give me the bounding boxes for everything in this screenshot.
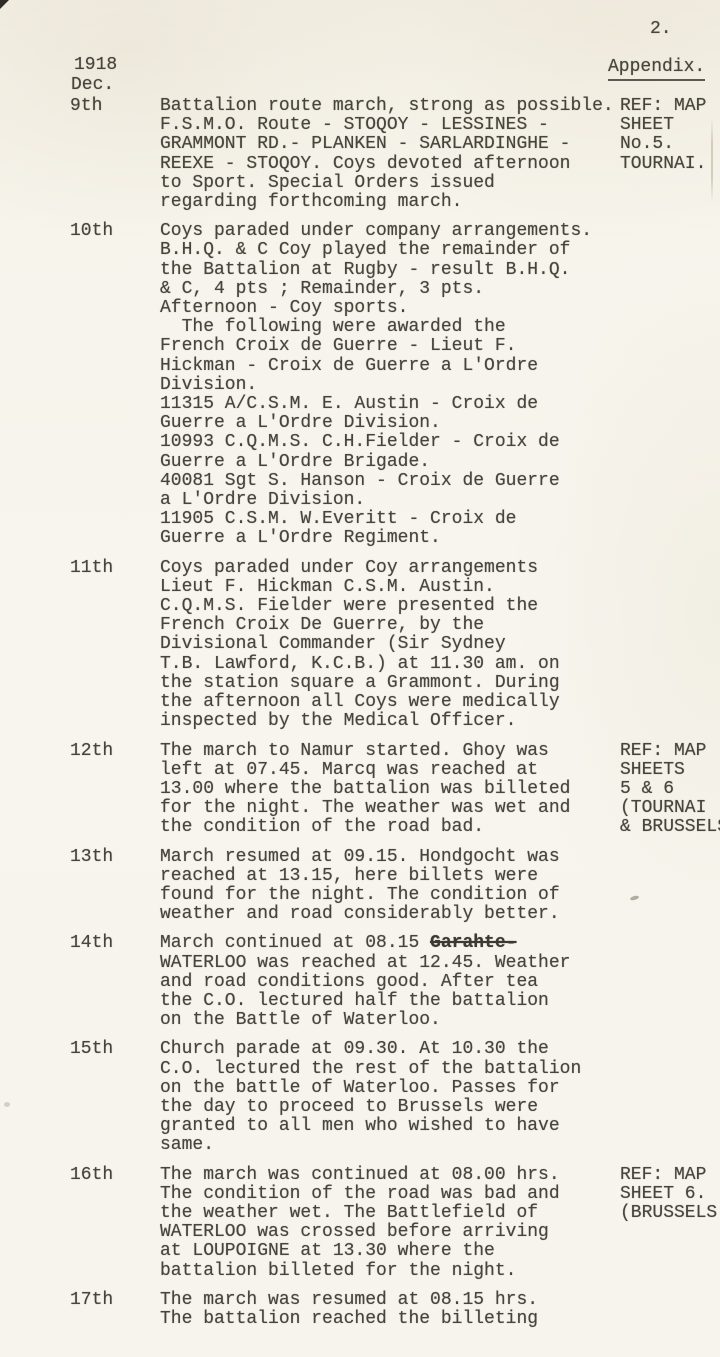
entry-body: The march was continued at 08.00 hrs.The… [160,1166,560,1281]
entry-line: to Sport. Special Orders issued [160,174,614,193]
entry-line: The march was resumed at 08.15 hrs. [160,1291,538,1310]
map-ref-line: (BRUSSELS [620,1204,717,1223]
entry-line: The following were awarded the [160,318,592,337]
map-reference: REF: MAPSHEETS5 & 6(TOURNAI& BRUSSELS [620,742,720,838]
entry-line: reached at 13.15, here billets were [160,867,560,886]
entry-line: battalion billeted for the night. [160,1262,560,1281]
entry-date: 16th [70,1166,160,1281]
entry-line: 40081 Sgt S. Hanson - Croix de Guerre [160,472,592,491]
diary-entry: 17th The march was resumed at 08.15 hrs.… [0,1291,720,1329]
diary-entry: 14th March continued at 08.15 Garahte-WA… [0,934,720,1030]
entry-line: B.H.Q. & C Coy played the remainder of [160,241,592,260]
entry-line: found for the night. The condition of [160,886,560,905]
entry-line: inspected by the Medical Officer. [160,712,560,731]
entry-line: regarding forthcoming march. [160,193,614,212]
page-corner-mark [0,0,9,9]
month-label: Dec. [71,76,114,95]
entry-line: the station square a Grammont. During [160,674,560,693]
entry-body: The march was resumed at 08.15 hrs.The b… [160,1291,538,1329]
entry-line: and road conditions good. After tea [160,973,570,992]
entry-line: Coys paraded under company arrangements. [160,222,592,241]
entry-line: The march was continued at 08.00 hrs. [160,1166,560,1185]
map-ref-line: SHEET [620,116,706,135]
entry-date: 15th [70,1040,160,1155]
entry-line: the afternoon all Coys were medically [160,693,560,712]
map-ref-line: TOURNAI. [620,155,706,174]
entry-line: on the Battle of Waterloo. [160,1011,570,1030]
entry-date: 13th [70,848,160,925]
entry-body: Battalion route march, strong as possibl… [160,97,614,212]
entry-line: 11905 C.S.M. W.Everitt - Croix de [160,510,592,529]
entry-line: Battalion route march, strong as possibl… [160,97,614,116]
entry-date: 17th [70,1291,160,1329]
entry-line: the Battalion at Rugby - result B.H.Q. [160,261,592,280]
diary-entry: 10th Coys paraded under company arrangem… [0,222,720,548]
entry-line: March continued at 08.15 Garahte- [160,934,570,953]
map-ref-line: SHEET 6. [620,1185,717,1204]
appendix-heading: Appendix. [608,58,705,81]
year-label: 1918 [74,56,117,75]
entry-line: French Croix de Guerre - Lieut F. [160,337,592,356]
entry-body: The march to Namur started. Ghoy wasleft… [160,742,570,838]
diary-entries: 9th Battalion route march, strong as pos… [0,97,720,1339]
diary-entry: 16th The march was continued at 08.00 hr… [0,1166,720,1281]
map-ref-line: SHEETS [620,761,720,780]
diary-page: 2. Appendix. 1918 Dec. 9th Battalion rou… [0,0,720,1357]
entry-line: at LOUPOIGNE at 13.30 where the [160,1242,560,1261]
entry-line: the day to proceed to Brussels were [160,1098,581,1117]
entry-body: Church parade at 09.30. At 10.30 theC.O.… [160,1040,581,1155]
map-reference: REF: MAPSHEET 6.(BRUSSELS [620,1166,717,1224]
entry-line: WATERLOO was reached at 12.45. Weather [160,954,570,973]
entry-line: Afternoon - Coy sports. [160,299,592,318]
entry-line: Coys paraded under Coy arrangements [160,559,560,578]
entry-line: Guerre a L'Ordre Brigade. [160,453,592,472]
entry-body: March resumed at 09.15. Hondgocht wasrea… [160,848,560,925]
entry-line: Guerre a L'Ordre Division. [160,414,592,433]
entry-line: & C, 4 pts ; Remainder, 3 pts. [160,280,592,299]
entry-line: GRAMMONT RD.- PLANKEN - SARLARDINGHE - [160,135,614,154]
diary-entry: 9th Battalion route march, strong as pos… [0,97,720,212]
map-ref-line: 5 & 6 [620,780,720,799]
entry-line: the C.O. lectured half the battalion [160,992,570,1011]
map-ref-line: (TOURNAI [620,799,720,818]
entry-line: weather and road considerably better. [160,905,560,924]
struck-text: Garahte- [430,933,516,953]
entry-date: 12th [70,742,160,838]
entry-line: Division. [160,376,592,395]
map-ref-line: REF: MAP [620,97,706,116]
diary-entry: 15th Church parade at 09.30. At 10.30 th… [0,1040,720,1155]
entry-line: a L'Ordre Division. [160,491,592,510]
map-ref-line: REF: MAP [620,1166,717,1185]
entry-line: left at 07.45. Marcq was reached at [160,761,570,780]
entry-line: Guerre a L'Ordre Regiment. [160,529,592,548]
entry-line: the weather wet. The Battlefield of [160,1204,560,1223]
entry-body: March continued at 08.15 Garahte-WATERLO… [160,934,570,1030]
entry-line: The condition of the road was bad and [160,1185,560,1204]
entry-date: 14th [70,934,160,1030]
entry-line: same. [160,1136,581,1155]
entry-body: Coys paraded under Coy arrangementsLieut… [160,559,560,732]
diary-entry: 11th Coys paraded under Coy arrangements… [0,559,720,732]
entry-line: March resumed at 09.15. Hondgocht was [160,848,560,867]
entry-line: T.B. Lawford, K.C.B.) at 11.30 am. on [160,655,560,674]
diary-entry: 12th The march to Namur started. Ghoy wa… [0,742,720,838]
map-ref-line: & BRUSSELS [620,818,720,837]
entry-line: the condition of the road bad. [160,818,570,837]
entry-body: Coys paraded under company arrangements.… [160,222,592,548]
entry-line: French Croix De Guerre, by the [160,616,560,635]
entry-line: 10993 C.Q.M.S. C.H.Fielder - Croix de [160,433,592,452]
entry-date: 10th [70,222,160,548]
map-ref-line: No.5. [620,135,706,154]
entry-line: 11315 A/C.S.M. E. Austin - Croix de [160,395,592,414]
entry-line: Lieut F. Hickman C.S.M. Austin. [160,578,560,597]
entry-line: C.Q.M.S. Fielder were presented the [160,597,560,616]
entry-line: 13.00 where the battalion was billeted [160,780,570,799]
entry-line: for the night. The weather was wet and [160,799,570,818]
entry-date: 9th [70,97,160,212]
entry-line: Church parade at 09.30. At 10.30 the [160,1040,581,1059]
entry-date: 11th [70,559,160,732]
entry-line: The battalion reached the billeting [160,1310,538,1329]
text-segment: March continued at 08.15 [160,933,430,953]
entry-line: Divisional Commander (Sir Sydney [160,635,560,654]
map-reference: REF: MAPSHEETNo.5.TOURNAI. [620,97,706,174]
entry-line: The march to Namur started. Ghoy was [160,742,570,761]
entry-line: on the battle of Waterloo. Passes for [160,1079,581,1098]
entry-line: WATERLOO was crossed before arriving [160,1223,560,1242]
entry-line: F.S.M.O. Route - STOQOY - LESSINES - [160,116,614,135]
entry-line: REEXE - STOQOY. Coys devoted afternoon [160,155,614,174]
diary-entry: 13th March resumed at 09.15. Hondgocht w… [0,848,720,925]
entry-line: Hickman - Croix de Guerre a L'Ordre [160,357,592,376]
map-ref-line: REF: MAP [620,742,720,761]
page-number: 2. [650,20,672,39]
entry-line: granted to all men who wished to have [160,1117,581,1136]
entry-line: C.O. lectured the rest of the battalion [160,1060,581,1079]
